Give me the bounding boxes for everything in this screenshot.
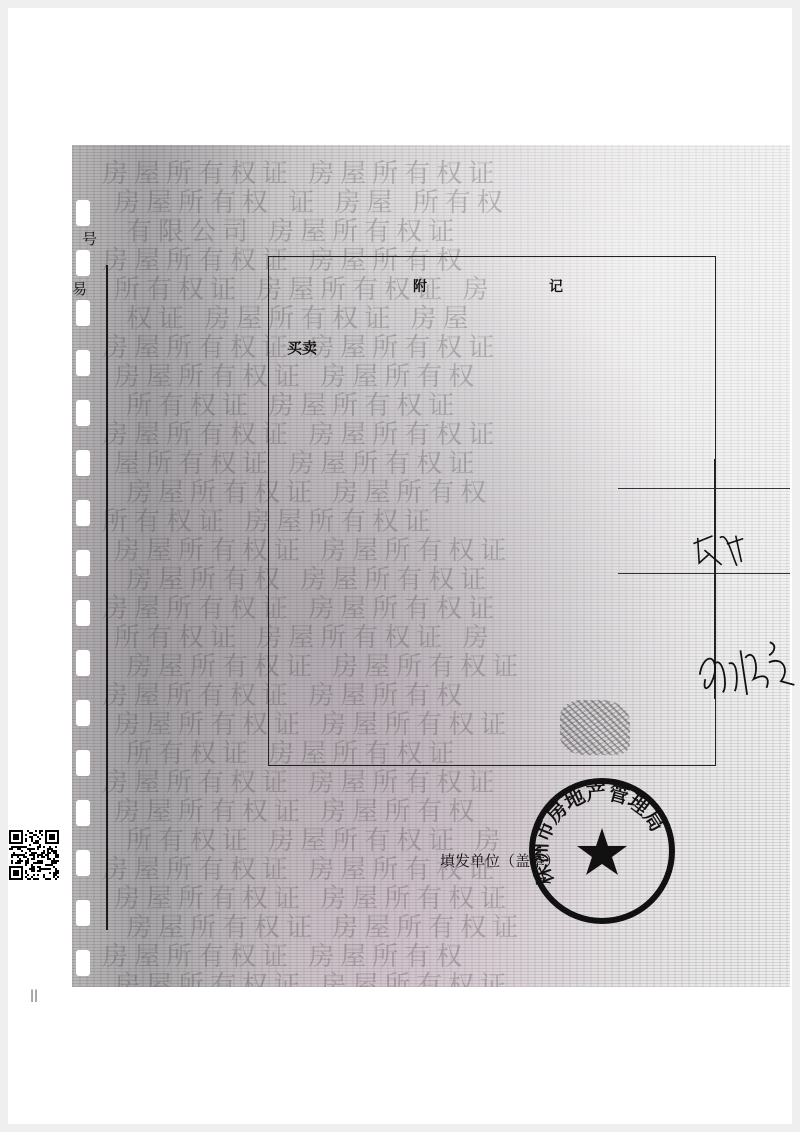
binding-holes-strip <box>72 145 94 987</box>
faded-background-text: 房屋所有权证 房屋所有权证 <box>114 965 790 987</box>
binding-hole <box>76 900 90 926</box>
binding-hole <box>76 450 90 476</box>
faded-background-text: 房屋所有权 证 房屋 所有权 <box>114 182 790 208</box>
binding-hole <box>76 200 90 226</box>
faded-background-text: 房屋所有权证 房屋所有权证 <box>102 153 790 179</box>
faded-background-text: 房屋所有权证 房屋所有权证 <box>114 878 790 904</box>
box-title-part-2: 记 <box>549 276 563 296</box>
binding-hole <box>76 950 90 976</box>
handwritten-signature-1 <box>687 526 753 580</box>
handwritten-signature-2 <box>692 635 799 714</box>
margin-rule-line <box>106 265 108 930</box>
official-seal: 株洲市房地产管理局 <box>527 776 677 926</box>
binding-hole <box>76 550 90 576</box>
left-margin-number-label: 号 <box>82 228 97 249</box>
faded-background-text: 房屋所有权证 房屋所有权 <box>102 936 790 962</box>
ink-smudge <box>560 700 630 755</box>
binding-hole <box>76 300 90 326</box>
left-margin-trade-char: 易 <box>72 278 87 299</box>
faded-background-text: 有限公司 房屋所有权证 <box>126 211 790 237</box>
binding-hole <box>76 650 90 676</box>
binding-hole <box>76 800 90 826</box>
binding-hole <box>76 600 90 626</box>
binding-hole <box>76 850 90 876</box>
binding-hole <box>76 250 90 276</box>
binding-hole <box>76 350 90 376</box>
transaction-type-label: 买卖 <box>287 337 317 358</box>
binding-hole <box>76 750 90 776</box>
faded-background-text: 房屋所有权证 房屋所有权证 <box>126 907 790 933</box>
binding-hole <box>76 500 90 526</box>
page-marker: || <box>30 988 38 1002</box>
binding-hole <box>76 400 90 426</box>
faded-background-text: 所有权证 房屋所有权证 房 <box>126 820 790 846</box>
binding-hole <box>76 700 90 726</box>
box-title-part-1: 附 <box>413 276 427 296</box>
qr-code-icon <box>9 830 59 880</box>
star-icon <box>577 828 627 875</box>
faded-background-text: 房屋所有权证 房屋所有权 <box>114 791 790 817</box>
